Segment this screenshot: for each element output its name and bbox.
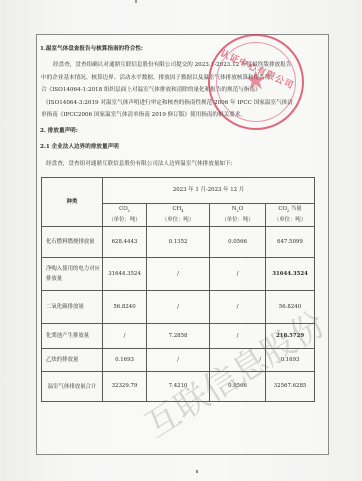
col-header-co2e: CO2 当量（单位：吨） [266, 204, 315, 227]
col-header-co2: CO2（单位：吨） [103, 204, 147, 227]
section-2-heading: 2. 排放量声明: [40, 128, 78, 135]
paragraph-line: 中的企业基本情况、核算边界、活动水平数据、排放因子数据以及温室气体排放核算和报告… [41, 72, 323, 85]
cell-n2o: / [210, 258, 266, 291]
row-label: 化粪池产生排放量 [42, 324, 103, 349]
cell-n2o: / [210, 291, 266, 324]
row-label: 温室气体排放量合计 [42, 372, 103, 402]
paragraph-line: 经盘查，盘查组确认对通鼎互联信息股份有限公司提交的 2023.1-2023.12… [53, 59, 323, 72]
section-2-1-heading: 2.1 企业法人边界的排放量声明 [40, 144, 119, 151]
cell-co2e: 647.5099 [266, 227, 315, 258]
cell-ch4: / [147, 291, 210, 324]
cell-ch4: 7.4210 [147, 372, 210, 402]
scan-mark [196, 470, 198, 473]
period-header: 2023 年 1 月-2023 年 12 月 [103, 178, 315, 204]
cell-co2e: 31644.3524 [266, 258, 315, 291]
paragraph-line: 单指南《IPCC2006 国家温室气体清单指南 2019 修订版》使用指南的相关… [41, 109, 323, 122]
section-1-heading: 1.温室气体盘查报告与核算指南的符合性: [40, 46, 143, 53]
cell-co2: 32329.79 [103, 372, 147, 402]
paragraph-line: 《ISO14064-3:2019 对温室气体声明进行审定和核查的指南性规范 20… [43, 97, 323, 110]
row-label: 乙炔的排放量 [42, 349, 103, 372]
row-label: 化石燃料燃烧排放量 [42, 227, 103, 258]
cell-ch4: / [147, 349, 210, 372]
row-label: 净购入使用的电力对应排放量 [42, 258, 103, 291]
col-header-ch4: CH4（单位：吨） [147, 204, 210, 227]
cell-co2: 56.8240 [103, 291, 147, 324]
cell-ch4: 0.1352 [147, 227, 210, 258]
paragraph-line: 合《ISO14064-1:2018 组织层面上对温室气体排放和清除的量化和报告的… [41, 84, 323, 97]
cell-co2e: 56.8240 [266, 291, 315, 324]
row-label: 二氧化碳排放量 [42, 291, 103, 324]
table-row: 二氧化碳排放量 56.8240 / / 56.8240 [42, 291, 315, 324]
cell-n2o: / [210, 349, 266, 372]
cell-ch4: 7.2858 [147, 324, 210, 349]
scan-mark [135, 0, 137, 3]
col-header-n2o: N2O（单位：吨） [210, 204, 266, 227]
cell-co2: 0.1693 [103, 349, 147, 372]
cell-co2: 31644.3524 [103, 258, 147, 291]
table-row: 化粪池产生排放量 / 7.2858 / 218.5729 [42, 324, 315, 349]
section-2-1-intro: 经盘查，盘查组对通鼎互联信息股份有限公司法人边界温室气体排放量如下: [46, 161, 232, 168]
section-1-paragraph: 经盘查，盘查组确认对通鼎互联信息股份有限公司提交的 2023.1-2023.12… [53, 59, 323, 122]
emissions-table: 种类 2023 年 1 月-2023 年 12 月 CO2（单位：吨） CH4（… [41, 177, 315, 402]
cell-co2: / [103, 324, 147, 349]
table-row: 净购入使用的电力对应排放量 31644.3524 / / 31644.3524 [42, 258, 315, 291]
cell-co2e: 218.5729 [266, 324, 315, 349]
table-row: 乙炔的排放量 0.1693 / / 0.1693 [42, 349, 315, 372]
cell-co2e: 32567.6285 [266, 372, 315, 402]
cell-n2o: 0.0566 [210, 227, 266, 258]
cell-n2o: 0.0566 [210, 372, 266, 402]
cell-co2: 628.4443 [103, 227, 147, 258]
cell-ch4: / [147, 258, 210, 291]
category-header: 种类 [42, 178, 103, 227]
cell-n2o: / [210, 324, 266, 349]
table-row: 温室气体排放量合计 32329.79 7.4210 0.0566 32567.6… [42, 372, 315, 402]
cell-co2e: 0.1693 [266, 349, 315, 372]
table-row: 化石燃料燃烧排放量 628.4443 0.1352 0.0566 647.509… [42, 227, 315, 258]
